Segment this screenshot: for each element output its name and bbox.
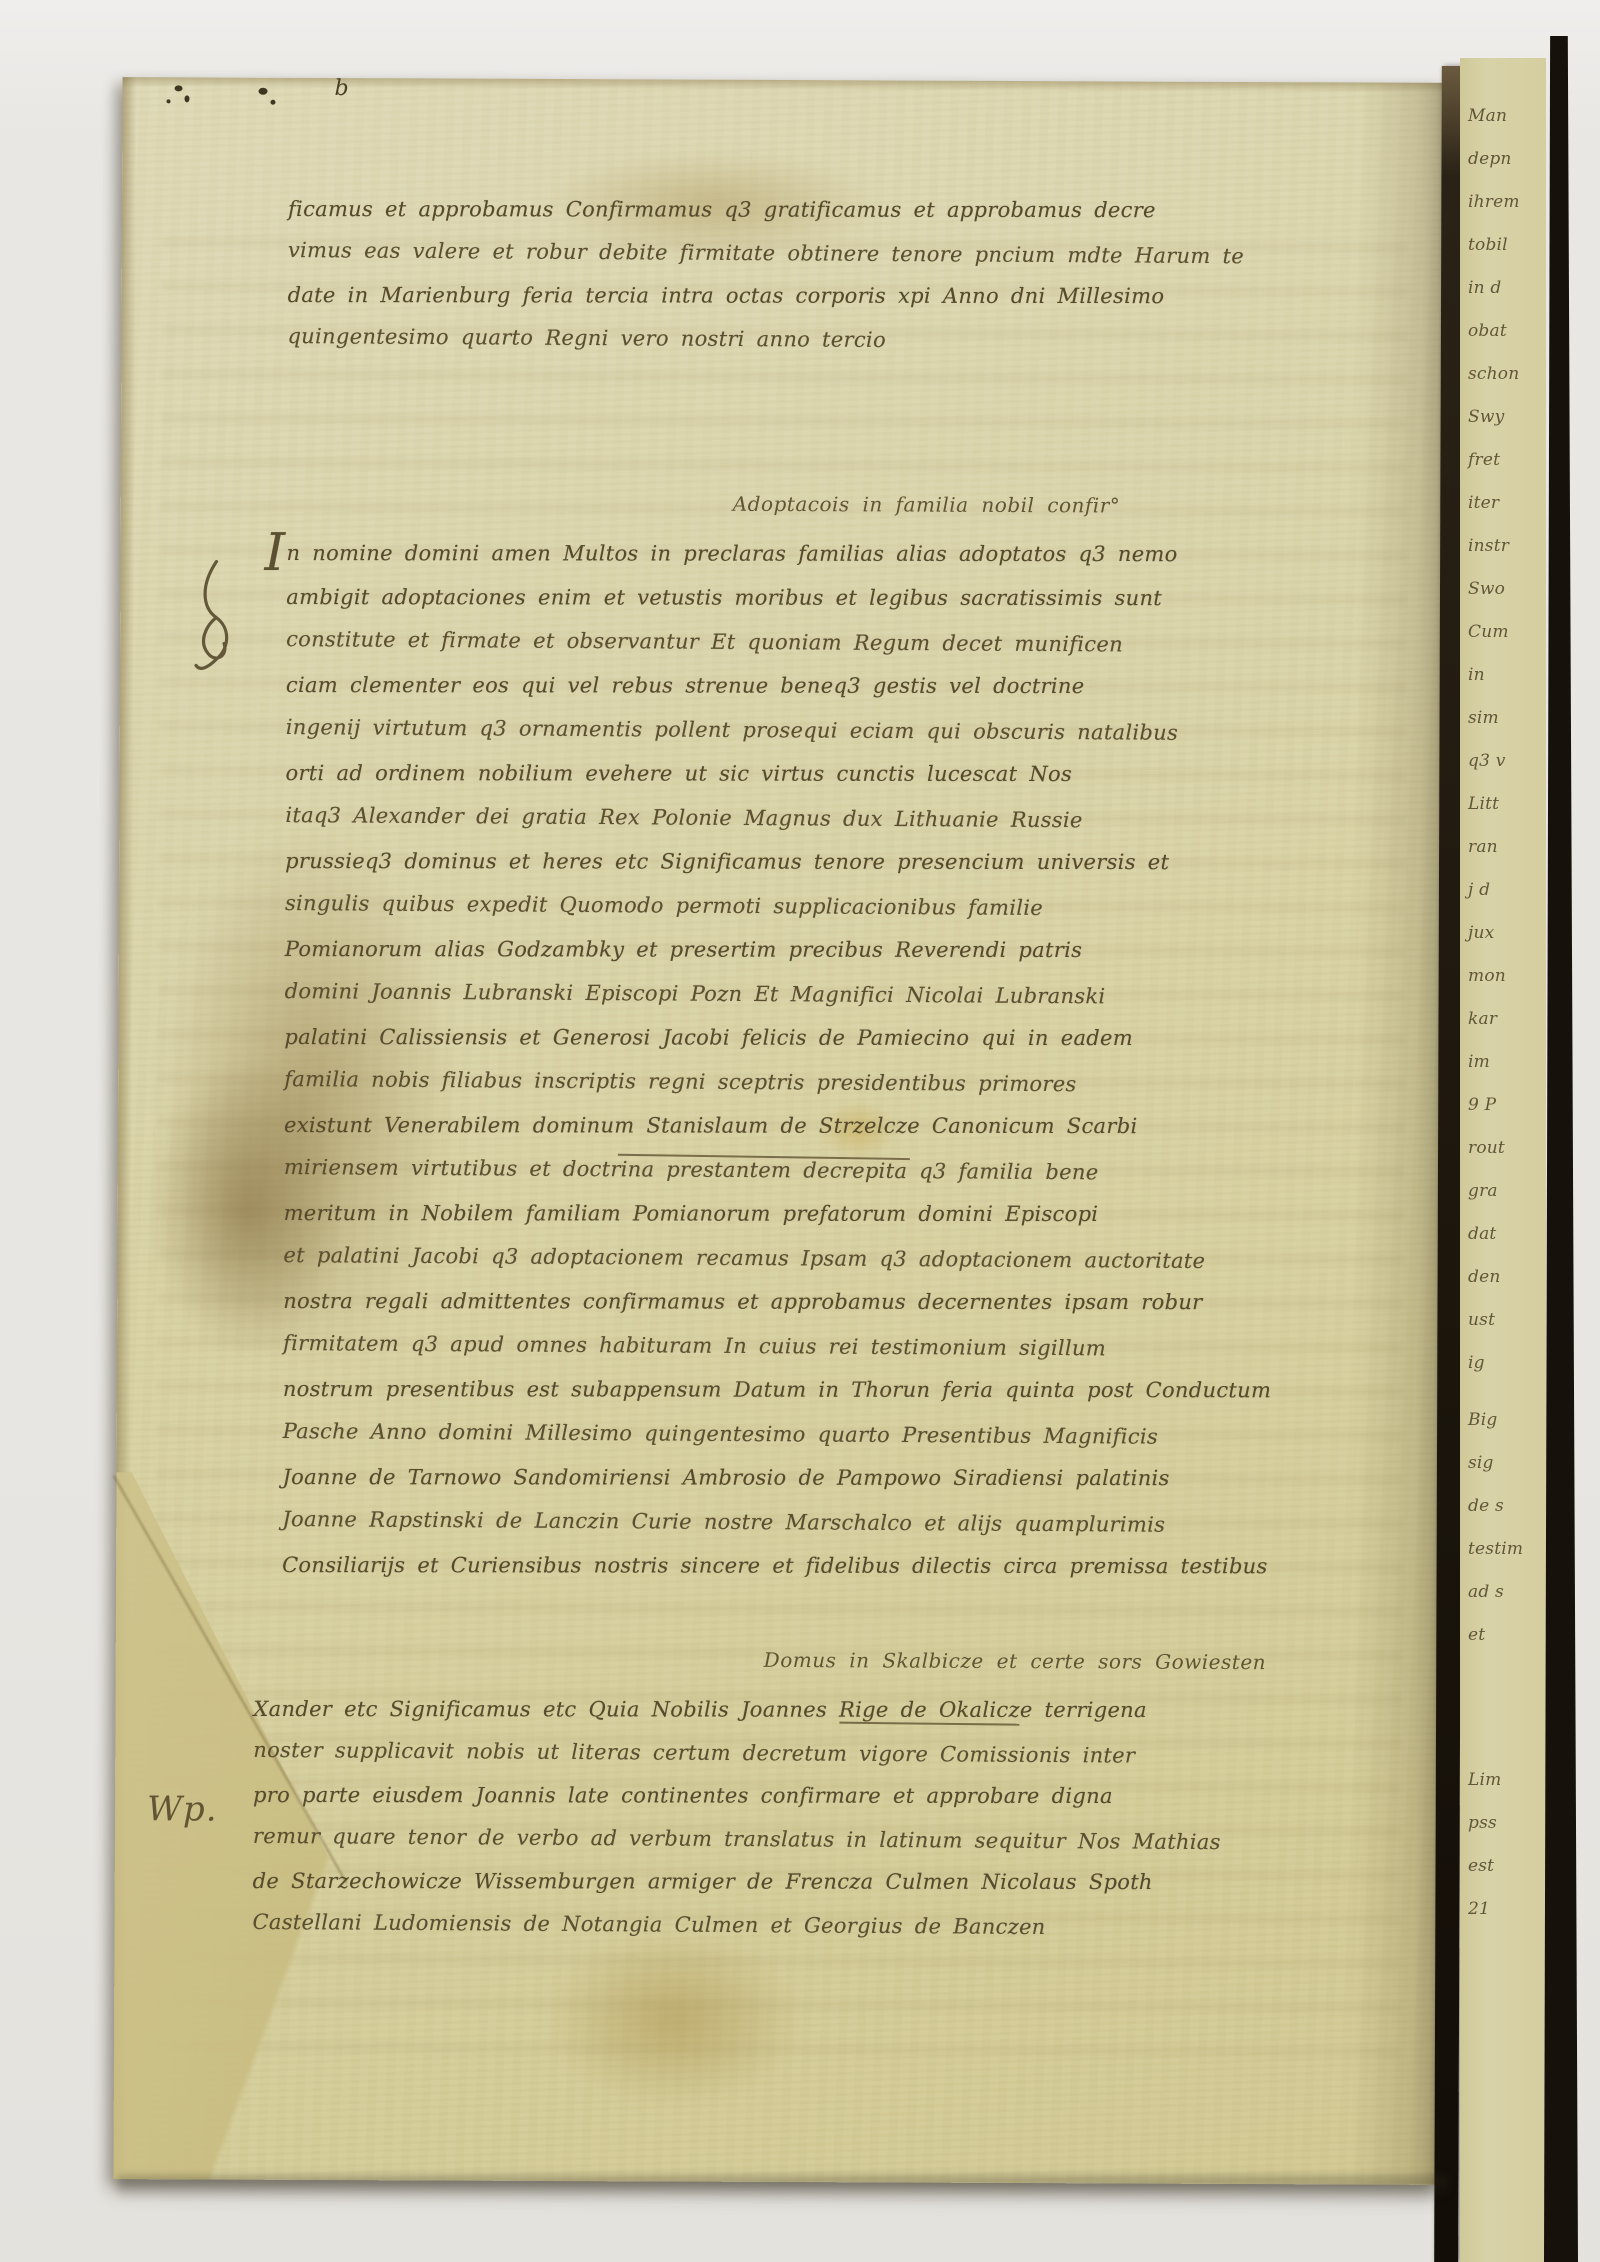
manuscript-line: Joanne Rapstinski de Lanczin Curie nostr… — [282, 1507, 1052, 1556]
fragment-line: ad s — [1468, 1582, 1546, 1625]
margin-note-wp: Wp. — [147, 1789, 218, 1829]
entry2-heading: Domus in Skalbicze et certe sors Gowiest… — [764, 1648, 1266, 1674]
fragment-line: ran — [1468, 837, 1546, 880]
page-left-edge — [113, 77, 136, 2179]
manuscript-line: prussieq3 dominus et heres etc Significa… — [285, 849, 1055, 894]
page-top-edge — [123, 77, 1449, 93]
fragment-line: Swo — [1468, 579, 1546, 622]
fragment-line: Big — [1468, 1410, 1546, 1453]
fragment-line: in d — [1468, 278, 1546, 321]
manuscript-line-first: I n nomine domini amen Multos in preclar… — [286, 541, 1056, 586]
next-page-fragments-top: Mandepnihremtobilin dobatschonSwyfretite… — [1468, 106, 1546, 1396]
manuscript-line: vimus eas valere et robur debite firmita… — [288, 238, 1048, 286]
scanned-manuscript-page: b ficamus et approbamus Confirmamus q3 g… — [0, 0, 1600, 2262]
fragment-line: j d — [1468, 880, 1546, 923]
stray-letter-mark: b — [334, 76, 348, 101]
manuscript-line: pro parte eiusdem Joannis late continent… — [253, 1783, 1043, 1827]
fragment-line: Man — [1468, 106, 1546, 149]
fragment-line: est — [1468, 1856, 1546, 1899]
fragment-line: ig — [1468, 1353, 1546, 1396]
manuscript-line: ingenij virtutum q3 ornamentis pollent p… — [286, 715, 1056, 764]
ink-speck — [270, 100, 275, 105]
fragment-line: Lim — [1468, 1770, 1546, 1813]
fragment-line: obat — [1468, 321, 1546, 364]
manuscript-line: Pasche Anno domini Millesimo quingentesi… — [283, 1419, 1053, 1468]
fragment-line: pss — [1468, 1813, 1546, 1856]
manuscript-line-text: n nomine domini amen Multos in preclaras… — [286, 541, 1177, 566]
next-page-sliver: Mandepnihremtobilin dobatschonSwyfretite… — [1460, 58, 1546, 2262]
manuscript-line: firmitatem q3 apud omnes habituram In cu… — [283, 1331, 1053, 1380]
fragment-line: ust — [1468, 1310, 1546, 1353]
book-cover-edge — [1544, 36, 1578, 2262]
entry1-text-block: I n nomine domini amen Multos in preclar… — [282, 540, 1057, 1599]
manuscript-line: noster supplicavit nobis ut literas cert… — [253, 1738, 1043, 1786]
fragment-line: 9 P — [1468, 1095, 1546, 1138]
manuscript-line: ambigit adoptaciones enim et vetustis mo… — [286, 585, 1056, 630]
fragment-line: de s — [1468, 1496, 1546, 1539]
fragment-line: kar — [1468, 1009, 1546, 1052]
initial-capital: I — [264, 527, 285, 579]
manuscript-line: Consiliarijs et Curiensibus nostris sinc… — [282, 1553, 1052, 1598]
manuscript-line: orti ad ordinem nobilium evehere ut sic … — [285, 761, 1055, 806]
closing-text-block: ficamus et approbamus Confirmamus q3 gra… — [287, 196, 1048, 371]
fragment-line: mon — [1468, 966, 1546, 1009]
gutter-shadow — [1349, 83, 1448, 2185]
fragment-line: gra — [1468, 1181, 1546, 1224]
fragment-line: schon — [1468, 364, 1546, 407]
manuscript-line: miriensem virtutibus et doctrina prestan… — [284, 1155, 1054, 1204]
manuscript-line: Xander etc Significamus etc Quia Nobilis… — [253, 1697, 1043, 1741]
fragment-line: depn — [1468, 149, 1546, 192]
manuscript-line: ficamus et approbamus Confirmamus q3 gra… — [288, 197, 1048, 241]
ink-speck — [259, 88, 268, 95]
ink-speck — [175, 85, 183, 91]
fragment-line: testim — [1468, 1539, 1546, 1582]
manuscript-line: ciam clementer eos qui vel rebus strenue… — [286, 673, 1056, 718]
page-bottom-shadow — [118, 2176, 1448, 2198]
entry1-heading: Adoptacois in familia nobil confir° — [733, 492, 1121, 518]
fragment-line: dat — [1468, 1224, 1546, 1267]
fragment-line: ihrem — [1468, 192, 1546, 235]
entry1-lines: ambigit adoptaciones enim et vetustis mo… — [282, 584, 1056, 1599]
fragment-line: instr — [1468, 536, 1546, 579]
manuscript-line: date in Marienburg feria tercia intra oc… — [288, 283, 1048, 327]
manuscript-line: Joanne de Tarnowo Sandomiriensi Ambrosio… — [282, 1465, 1052, 1510]
fragment-line: jux — [1468, 923, 1546, 966]
manuscript-line: de Starzechowicze Wissemburgen armiger d… — [253, 1869, 1043, 1913]
manuscript-line: itaq3 Alexander dei gratia Rex Polonie M… — [285, 803, 1055, 852]
fragment-line: sim — [1468, 708, 1546, 751]
manuscript-line: nostrum presentibus est subappensum Datu… — [283, 1377, 1053, 1422]
manuscript-line: et palatini Jacobi q3 adoptacionem recam… — [283, 1243, 1053, 1292]
margin-paraph-icon — [186, 555, 247, 685]
fragment-line: Swy — [1468, 407, 1546, 450]
manuscript-line: Pomianorum alias Godzambky et presertim … — [285, 937, 1055, 982]
next-page-fragments-bottom: Limpssest21 — [1468, 1770, 1546, 1942]
entry2-text-block: Xander etc Significamus etc Quia Nobilis… — [252, 1696, 1043, 1957]
manuscript-line: constitute et firmate et observantur Et … — [286, 627, 1056, 676]
fragment-line: in — [1468, 665, 1546, 708]
next-page-fragments-middle: Bigsigde stestimad set — [1468, 1410, 1546, 1668]
fragment-line: q3 v — [1468, 751, 1546, 794]
manuscript-line: palatini Calissiensis et Generosi Jacobi… — [284, 1025, 1054, 1070]
parchment-page: b ficamus et approbamus Confirmamus q3 g… — [113, 77, 1448, 2185]
fragment-line: tobil — [1468, 235, 1546, 278]
fragment-line: fret — [1468, 450, 1546, 493]
fragment-line: den — [1468, 1267, 1546, 1310]
manuscript-line: nostra regali admittentes confirmamus et… — [283, 1289, 1053, 1334]
manuscript-line: meritum in Nobilem familiam Pomianorum p… — [284, 1201, 1054, 1246]
ink-speck — [184, 95, 189, 102]
fragment-line: et — [1468, 1625, 1546, 1668]
manuscript-line: Castellani Ludomiensis de Notangia Culme… — [252, 1910, 1042, 1958]
manuscript-line: singulis quibus expedit Quomodo permoti … — [285, 891, 1055, 940]
manuscript-line: remur quare tenor de verbo ad verbum tra… — [253, 1824, 1043, 1872]
fragment-line: Litt — [1468, 794, 1546, 837]
fragment-line: 21 — [1468, 1899, 1546, 1942]
fragment-line: Cum — [1468, 622, 1546, 665]
manuscript-line: quingentesimo quarto Regni vero nostri a… — [287, 324, 1047, 372]
ink-speck — [166, 99, 170, 103]
fragment-line: iter — [1468, 493, 1546, 536]
fragment-line: rout — [1468, 1138, 1546, 1181]
fragment-line: im — [1468, 1052, 1546, 1095]
manuscript-line: existunt Venerabilem dominum Stanislaum … — [284, 1113, 1054, 1158]
manuscript-line: domini Joannis Lubranski Episcopi Pozn E… — [284, 979, 1054, 1028]
manuscript-line: familia nobis filiabus inscriptis regni … — [284, 1067, 1054, 1116]
fragment-line: sig — [1468, 1453, 1546, 1496]
